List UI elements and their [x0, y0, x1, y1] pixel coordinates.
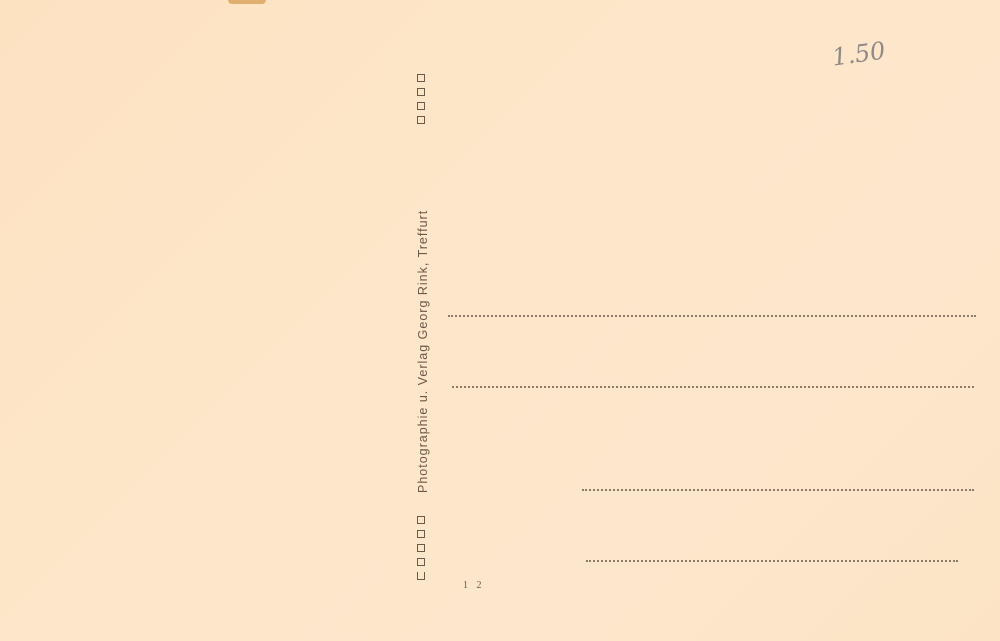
- publisher-imprint: Photographie u. Verlag Georg Rink, Treff…: [416, 210, 430, 493]
- postcard-back: 1.50 Photographie u. Verlag Georg Rink, …: [0, 0, 1000, 641]
- square-ornament-icon: [417, 74, 425, 82]
- address-line-2: [452, 386, 974, 388]
- square-ornament-icon: [417, 516, 425, 524]
- square-ornament-icon: [417, 116, 425, 124]
- square-ornament-icon: [417, 88, 425, 96]
- address-line-1: [448, 315, 976, 317]
- square-ornament-icon: [417, 530, 425, 538]
- card-number: 1 2: [463, 580, 485, 591]
- ornament-top: [417, 74, 425, 124]
- square-ornament-icon: [417, 544, 425, 552]
- paper-stain: [228, 0, 266, 4]
- open-square-ornament-icon: [417, 572, 425, 580]
- address-line-3: [582, 489, 974, 491]
- address-line-4: [586, 560, 958, 562]
- handwritten-price: 1.50: [830, 36, 887, 71]
- square-ornament-icon: [417, 102, 425, 110]
- ornament-bottom: [417, 516, 425, 580]
- square-ornament-icon: [417, 558, 425, 566]
